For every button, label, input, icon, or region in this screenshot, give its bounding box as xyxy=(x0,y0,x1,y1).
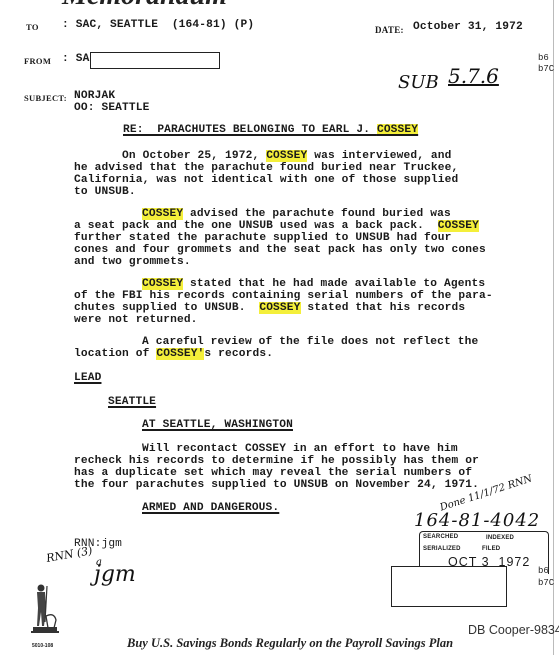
minuteman-logo-icon xyxy=(30,582,60,642)
subject-label: SUBJECT: xyxy=(24,93,67,103)
stamp-indexed: INDEXED xyxy=(486,535,514,541)
handwritten-serial: 5.7.6 xyxy=(448,64,499,88)
highlight-cossey: COSSEY' xyxy=(156,348,204,360)
subject-line-2: OO: SEATTLE xyxy=(74,102,150,114)
stamp-serialized: SERIALIZED xyxy=(423,546,461,552)
date-value: October 31, 1972 xyxy=(413,21,523,33)
from-prefix: : SA xyxy=(62,53,89,65)
subject-line-1: NORJAK xyxy=(74,90,115,102)
p5-line-2: recheck his records to determine if he p… xyxy=(74,455,479,467)
p4-line-1: A careful review of the file does not re… xyxy=(142,336,478,348)
text: advised the parachute found buried was xyxy=(183,208,451,220)
text: a seat pack and the one UNSUB used was a… xyxy=(74,220,438,232)
lead-heading: LEAD xyxy=(74,372,101,384)
document-id: DB Cooper-9834 xyxy=(468,623,559,637)
p3-line-3: chutes supplied to UNSUB. COSSEY stated … xyxy=(74,302,465,314)
to-label: TO xyxy=(26,22,39,32)
p1-line-2: he advised that the parachute found buri… xyxy=(74,162,458,174)
exemption-b7c-bottom: b7C xyxy=(538,578,554,588)
text: location of xyxy=(74,348,156,360)
text: was interviewed, and xyxy=(307,150,451,162)
date-label: DATE: xyxy=(375,25,404,35)
p5-line-1: Will recontact COSSEY in an effort to ha… xyxy=(142,443,458,455)
highlight-cossey: COSSEY xyxy=(377,124,418,136)
exemption-b6-bottom: b6 xyxy=(538,566,549,576)
stamp-filed: FILED xyxy=(482,546,500,552)
p2-line-4: cones and four grommets and the seat pac… xyxy=(74,244,486,256)
exemption-b6-top: b6 xyxy=(538,53,549,63)
p5-line-3: has a duplicate set which may reveal the… xyxy=(74,467,472,479)
masthead: Memorandum xyxy=(62,0,227,12)
text: s records. xyxy=(204,348,273,360)
p2-line-5: and two grommets. xyxy=(74,256,191,268)
handwritten-file-number: 164-81-4042 xyxy=(414,510,540,531)
highlight-cossey: COSSEY xyxy=(438,220,479,232)
p3-line-4: were not returned. xyxy=(74,314,198,326)
lead-office: SEATTLE xyxy=(108,396,156,408)
re-heading: RE: PARACHUTES BELONGING TO EARL J. COSS… xyxy=(123,124,418,136)
highlight-cossey: COSSEY xyxy=(142,208,183,220)
exemption-b7c-top: b7C xyxy=(538,64,554,74)
text: On October 25, 1972, xyxy=(74,150,266,162)
highlight-cossey: COSSEY xyxy=(142,278,183,290)
text: stated that his records xyxy=(301,302,466,314)
p3-line-1: COSSEY stated that he had made available… xyxy=(142,278,485,290)
p2-line-3: further stated the parachute supplied to… xyxy=(74,232,452,244)
p5-line-4: the four parachutes supplied to UNSUB on… xyxy=(74,479,479,491)
handwritten-sub: SUB xyxy=(398,72,439,93)
footer-slogan: Buy U.S. Savings Bonds Regularly on the … xyxy=(127,636,453,651)
re-heading-text: RE: PARACHUTES BELONGING TO EARL J. xyxy=(123,124,377,136)
highlight-cossey: COSSEY xyxy=(266,150,307,162)
text: chutes supplied to UNSUB. xyxy=(74,302,259,314)
stamp-searched: SEARCHED xyxy=(423,534,458,540)
p1-line-4: to UNSUB. xyxy=(74,186,136,198)
p2-line-2: a seat pack and the one UNSUB used was a… xyxy=(74,220,479,232)
from-label: FROM xyxy=(24,56,51,66)
p1-line-3: California, was not identical with one o… xyxy=(74,174,458,186)
handwritten-initials: jgm xyxy=(94,562,136,587)
highlight-cossey: COSSEY xyxy=(259,302,300,314)
p4-line-2: location of COSSEY's records. xyxy=(74,348,273,360)
p3-line-2: of the FBI his records containing serial… xyxy=(74,290,493,302)
caution-armed-dangerous: ARMED AND DANGEROUS. xyxy=(142,502,279,514)
to-value: : SAC, SEATTLE (164-81) (P) xyxy=(62,19,254,31)
form-number: 5010-108 xyxy=(32,643,53,649)
text: stated that he had made available to Age… xyxy=(183,278,485,290)
p1-line-1: On October 25, 1972, COSSEY was intervie… xyxy=(74,150,452,162)
redaction-from xyxy=(90,52,220,69)
page-edge xyxy=(553,0,554,655)
p2-line-1: COSSEY advised the parachute found burie… xyxy=(142,208,451,220)
redaction-bottom xyxy=(391,566,507,607)
handwritten-copies: RNN (3) xyxy=(45,544,93,565)
lead-location: AT SEATTLE, WASHINGTON xyxy=(142,419,293,431)
